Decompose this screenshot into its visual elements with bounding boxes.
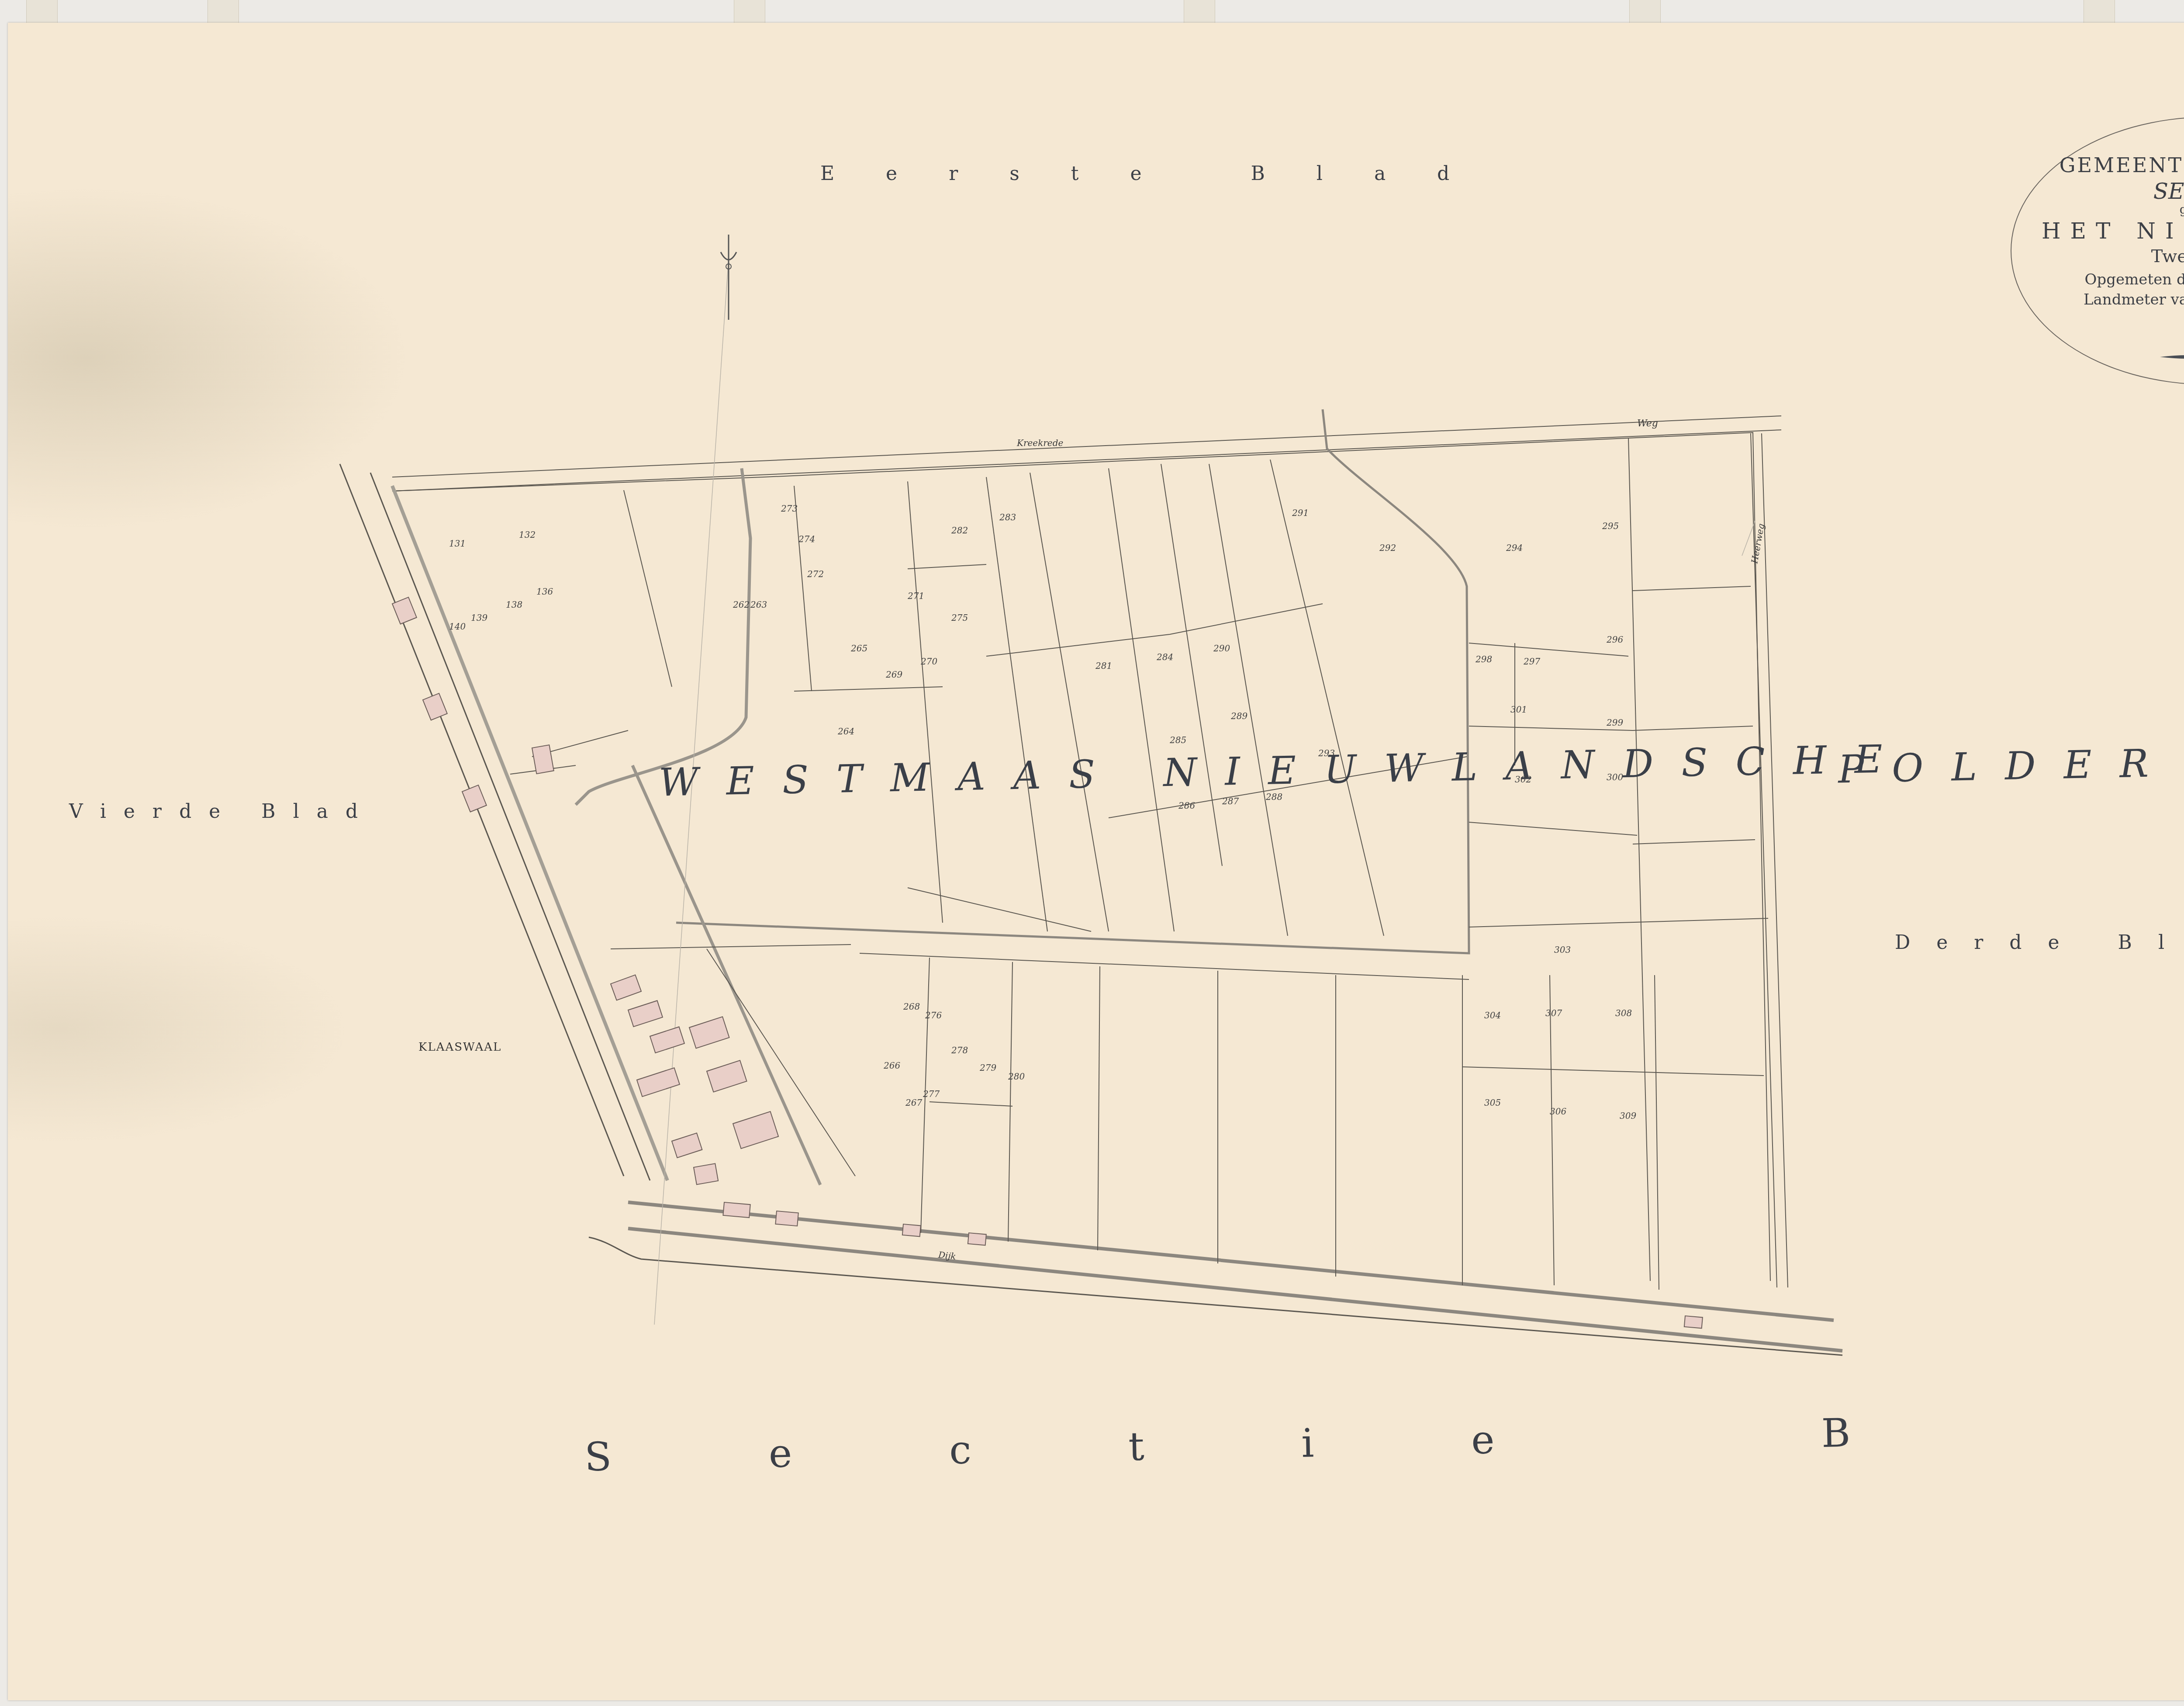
surveyor-title: Landmeter van de Eerste Klasse.: [2011, 291, 2184, 308]
parcel-number: 276: [925, 1010, 942, 1021]
map-sheet: Eerste Blad Vierde Blad Derde Blad Secti…: [8, 23, 2184, 1700]
parcel-number: 298: [1476, 654, 1492, 664]
adjacent-sheet-left: Vierde Blad: [69, 800, 375, 823]
parcel-number: 308: [1615, 1008, 1632, 1018]
road-label-top: Weg: [1637, 418, 1658, 429]
adjacent-sheet-right: Derde Blad: [1895, 931, 2184, 954]
parcel-number: 294: [1506, 543, 1523, 553]
town-label: KLAASWAAL: [418, 1041, 501, 1054]
parcel-number: 287: [1222, 796, 1239, 806]
parcel-number: 290: [1213, 643, 1230, 654]
parcel-number: 299: [1607, 717, 1623, 728]
parcel-number: 268: [903, 1001, 920, 1012]
north-arrow-icon: [715, 232, 742, 322]
municipality-title: GEMEENTE KLAASWAAL: [2011, 153, 2184, 177]
parcel-number: 139: [471, 612, 487, 623]
named-prefix: genaamd: [2011, 202, 2184, 217]
mounting-tab: [734, 0, 765, 24]
parcel-number: 309: [1620, 1111, 1636, 1121]
parcel-number: 304: [1484, 1010, 1501, 1021]
parcel-number: 270: [921, 656, 937, 667]
section-title: SECTIE A: [2011, 179, 2184, 204]
parcel-number: 140: [449, 621, 466, 632]
parcel-number: 300: [1607, 772, 1623, 782]
mounting-tab: [2084, 0, 2115, 24]
parcel-number: 307: [1545, 1008, 1562, 1018]
parcel-number: 138: [506, 599, 522, 610]
mounting-tab: [1184, 0, 1215, 24]
parcel-number: 285: [1170, 735, 1186, 745]
parcel-number: 306: [1550, 1106, 1566, 1117]
mounting-tab: [1629, 0, 1661, 24]
parcel-number: 269: [886, 669, 902, 680]
parcel-number: 279: [980, 1062, 996, 1073]
parcel-number: 265: [851, 643, 867, 654]
parcel-number: 288: [1266, 792, 1282, 802]
surveyed-by: Opgemeten door W. J. Van Campen: [2011, 271, 2184, 288]
mounting-tab: [207, 0, 239, 24]
parcel-number: 284: [1157, 652, 1173, 662]
parcel-number: 281: [1095, 661, 1112, 671]
parcel-number: 301: [1510, 704, 1527, 715]
parcel-number: 291: [1292, 508, 1309, 518]
parcel-number: 131: [449, 538, 466, 549]
parcel-number: 292: [1379, 543, 1396, 553]
parcel-number: 262: [733, 599, 750, 610]
parcel-number: 266: [884, 1060, 900, 1071]
parcel-number: 132: [519, 529, 536, 540]
watercourse-label: Kreekrede: [1017, 438, 1063, 448]
parcel-number: 297: [1524, 656, 1540, 667]
mounting-tab: [26, 0, 58, 24]
road-label-bottom: Dijk: [938, 1249, 957, 1262]
sheet-number: Tweede Blad: [2011, 246, 2184, 266]
parcel-number: 263: [750, 599, 767, 610]
section-name: HET NIEUWLAND: [2011, 218, 2184, 244]
parcel-number: 305: [1484, 1097, 1501, 1108]
parcel-number: 296: [1607, 634, 1623, 645]
parcel-number: 274: [798, 534, 815, 544]
parcel-number: 283: [999, 512, 1016, 523]
parcel-number: 275: [951, 612, 968, 623]
parcel-number: 267: [905, 1097, 922, 1108]
parcel-number: 303: [1554, 945, 1571, 955]
parcel-number: 136: [536, 586, 553, 597]
parcel-number: 293: [1318, 748, 1335, 758]
polder-suffix: POLDER: [1838, 741, 2177, 792]
parcel-number: 289: [1231, 711, 1248, 721]
surveyed-by-label: Opgemeten door: [2085, 271, 2184, 288]
parcel-number: 286: [1178, 800, 1195, 811]
parcel-number: 277: [923, 1089, 940, 1099]
parcel-number: 302: [1515, 774, 1531, 785]
parcel-number: 295: [1602, 521, 1619, 531]
parcel-number: 273: [781, 503, 798, 514]
parcel-number: 271: [908, 591, 924, 601]
parcel-number: 278: [951, 1045, 968, 1055]
parcel-number: 264: [838, 726, 854, 737]
adjacent-sheet-top: Eerste Blad: [820, 163, 1501, 185]
compass-rose-icon: [2156, 344, 2184, 372]
parcel-number: 280: [1008, 1071, 1025, 1082]
parcel-number: 282: [951, 525, 968, 536]
parcel-number: 272: [807, 569, 824, 579]
